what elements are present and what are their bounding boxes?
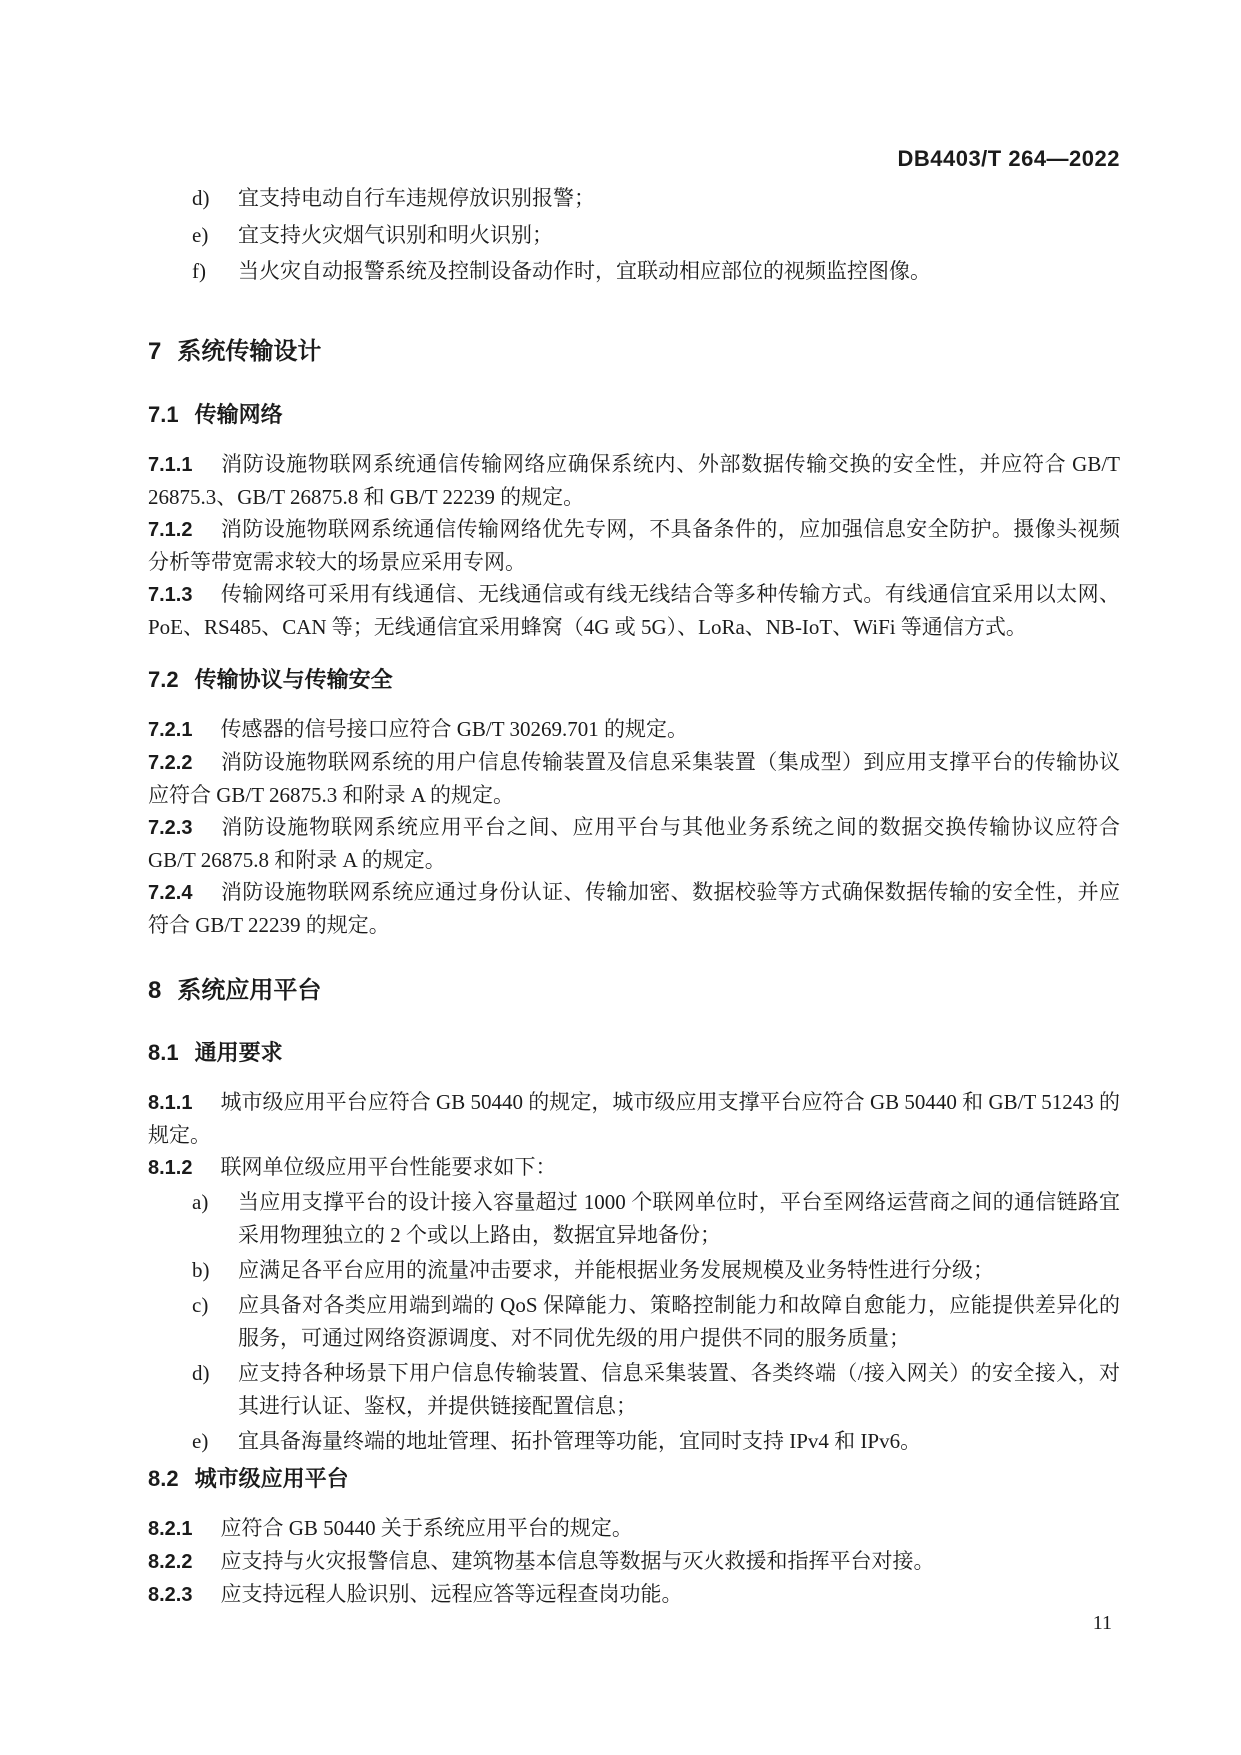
list-item-label: d) <box>192 1357 238 1423</box>
clause-number: 7.1.1 <box>148 454 192 476</box>
clause-text: 传感器的信号接口应符合 GB/T 30269.701 的规定。 <box>220 717 687 741</box>
list-item-label: e) <box>192 1425 238 1458</box>
section-8-2-heading: 8.2城市级应用平台 <box>148 1464 1120 1494</box>
page-footer: 11 <box>1093 1610 1112 1636</box>
list-item: f) 当火灾自动报警系统及控制设备动作时，宜联动相应部位的视频监控图像。 <box>148 253 1120 290</box>
document-page: DB4403/T 264—2022 d) 宜支持电动自行车违规停放识别报警； e… <box>0 0 1241 1755</box>
chapter-8-heading: 8系统应用平台 <box>148 976 1120 1006</box>
list-item-text: 宜支持电动自行车违规停放识别报警； <box>238 180 1120 217</box>
page-number: 11 <box>1093 1612 1112 1634</box>
list-item-text: 应具备对各类应用端到端的 QoS 保障能力、策略控制能力和故障自愈能力，应能提供… <box>238 1289 1120 1355</box>
clause-text: 消防设施物联网系统应通过身份认证、传输加密、数据校验等方式确保数据传输的安全性，… <box>148 880 1120 937</box>
section-number: 8.1 <box>148 1040 179 1065</box>
clause-7-2-2: 7.2.2消防设施物联网系统的用户信息传输装置及信息采集装置（集成型）到应用支撑… <box>148 746 1120 811</box>
clause-7-1-1: 7.1.1消防设施物联网系统通信传输网络应确保系统内、外部数据传输交换的安全性，… <box>148 448 1120 513</box>
list-item-text: 应满足各平台应用的流量冲击要求，并能根据业务发展规模及业务特性进行分级； <box>238 1254 1120 1287</box>
clause-text: 消防设施物联网系统通信传输网络优先专网，不具备条件的，应加强信息安全防护。摄像头… <box>148 517 1120 574</box>
chapter-title-text: 系统传输设计 <box>177 338 321 365</box>
section-title-text: 传输网络 <box>195 402 283 427</box>
list-item-label: c) <box>192 1289 238 1355</box>
list-item-label: a) <box>192 1186 238 1252</box>
clause-8-1-2: 8.1.2联网单位级应用平台性能要求如下： <box>148 1151 1120 1184</box>
section-title-text: 城市级应用平台 <box>195 1466 349 1491</box>
clause-8-1-1: 8.1.1城市级应用平台应符合 GB 50440 的规定，城市级应用支撑平台应符… <box>148 1086 1120 1151</box>
list-item-text: 应支持各种场景下用户信息传输装置、信息采集装置、各类终端（/接入网关）的安全接入… <box>238 1357 1120 1423</box>
list-item: b) 应满足各平台应用的流量冲击要求，并能根据业务发展规模及业务特性进行分级； <box>148 1254 1120 1287</box>
lettered-list-8-1-2: a) 当应用支撑平台的设计接入容量超过 1000 个联网单位时，平台至网络运营商… <box>148 1186 1120 1458</box>
list-item-text: 当火灾自动报警系统及控制设备动作时，宜联动相应部位的视频监控图像。 <box>238 253 1120 290</box>
section-number: 8.2 <box>148 1466 179 1491</box>
clause-number: 8.2.3 <box>148 1584 192 1606</box>
clause-text: 消防设施物联网系统通信传输网络应确保系统内、外部数据传输交换的安全性，并应符合 … <box>148 452 1120 509</box>
section-7-1-heading: 7.1传输网络 <box>148 400 1120 430</box>
list-item-text: 当应用支撑平台的设计接入容量超过 1000 个联网单位时，平台至网络运营商之间的… <box>238 1186 1120 1252</box>
standard-number: DB4403/T 264—2022 <box>897 146 1120 171</box>
clause-number: 8.1.1 <box>148 1092 192 1114</box>
section-number: 7.1 <box>148 402 179 427</box>
section-7-2-heading: 7.2传输协议与传输安全 <box>148 665 1120 695</box>
clause-number: 7.2.1 <box>148 719 192 741</box>
list-item: d) 宜支持电动自行车违规停放识别报警； <box>148 180 1120 217</box>
list-item: a) 当应用支撑平台的设计接入容量超过 1000 个联网单位时，平台至网络运营商… <box>148 1186 1120 1252</box>
page-header: DB4403/T 264—2022 <box>148 0 1120 172</box>
clause-8-2-2: 8.2.2应支持与火灾报警信息、建筑物基本信息等数据与灭火救援和指挥平台对接。 <box>148 1545 1120 1578</box>
list-item: c) 应具备对各类应用端到端的 QoS 保障能力、策略控制能力和故障自愈能力，应… <box>148 1289 1120 1355</box>
clause-text: 传输网络可采用有线通信、无线通信或有线无线结合等多种传输方式。有线通信宜采用以太… <box>148 582 1120 639</box>
clause-number: 7.1.3 <box>148 584 192 606</box>
list-item-label: d) <box>192 180 238 217</box>
chapter-number: 7 <box>148 338 161 365</box>
clause-7-2-1: 7.2.1传感器的信号接口应符合 GB/T 30269.701 的规定。 <box>148 713 1120 746</box>
list-item: e) 宜具备海量终端的地址管理、拓扑管理等功能，宜同时支持 IPv4 和 IPv… <box>148 1425 1120 1458</box>
section-8-1-heading: 8.1通用要求 <box>148 1038 1120 1068</box>
clause-number: 7.1.2 <box>148 519 192 541</box>
clause-text: 联网单位级应用平台性能要求如下： <box>220 1155 556 1179</box>
chapter-number: 8 <box>148 977 161 1004</box>
clause-text: 消防设施物联网系统应用平台之间、应用平台与其他业务系统之间的数据交换传输协议应符… <box>148 815 1120 872</box>
list-item-text: 宜具备海量终端的地址管理、拓扑管理等功能，宜同时支持 IPv4 和 IPv6。 <box>238 1425 1120 1458</box>
list-item: e) 宜支持火灾烟气识别和明火识别； <box>148 217 1120 254</box>
clause-text: 应支持远程人脸识别、远程应答等远程查岗功能。 <box>220 1582 682 1606</box>
clause-number: 7.2.4 <box>148 882 192 904</box>
clause-text: 消防设施物联网系统的用户信息传输装置及信息采集装置（集成型）到应用支撑平台的传输… <box>148 750 1120 807</box>
clause-number: 7.2.3 <box>148 817 192 839</box>
clause-8-2-1: 8.2.1应符合 GB 50440 关于系统应用平台的规定。 <box>148 1512 1120 1545</box>
clause-number: 7.2.2 <box>148 752 192 774</box>
clause-text: 应符合 GB 50440 关于系统应用平台的规定。 <box>220 1516 632 1540</box>
chapter-title-text: 系统应用平台 <box>177 977 321 1004</box>
clause-7-2-3: 7.2.3消防设施物联网系统应用平台之间、应用平台与其他业务系统之间的数据交换传… <box>148 811 1120 876</box>
clause-7-2-4: 7.2.4消防设施物联网系统应通过身份认证、传输加密、数据校验等方式确保数据传输… <box>148 876 1120 941</box>
clause-text: 城市级应用平台应符合 GB 50440 的规定，城市级应用支撑平台应符合 GB … <box>148 1090 1120 1147</box>
clause-8-2-3: 8.2.3应支持远程人脸识别、远程应答等远程查岗功能。 <box>148 1578 1120 1611</box>
list-item-label: b) <box>192 1254 238 1287</box>
clause-number: 8.2.2 <box>148 1551 192 1573</box>
clause-7-1-3: 7.1.3传输网络可采用有线通信、无线通信或有线无线结合等多种传输方式。有线通信… <box>148 578 1120 643</box>
section-title-text: 通用要求 <box>195 1040 283 1065</box>
list-item: d) 应支持各种场景下用户信息传输装置、信息采集装置、各类终端（/接入网关）的安… <box>148 1357 1120 1423</box>
list-item-label: e) <box>192 217 238 254</box>
clause-number: 8.2.1 <box>148 1518 192 1540</box>
section-number: 7.2 <box>148 667 179 692</box>
list-item-label: f) <box>192 253 238 290</box>
chapter-7-heading: 7系统传输设计 <box>148 337 1120 367</box>
section-title-text: 传输协议与传输安全 <box>195 667 393 692</box>
clause-number: 8.1.2 <box>148 1157 192 1179</box>
clause-7-1-2: 7.1.2消防设施物联网系统通信传输网络优先专网，不具备条件的，应加强信息安全防… <box>148 513 1120 578</box>
lettered-list-intro: d) 宜支持电动自行车违规停放识别报警； e) 宜支持火灾烟气识别和明火识别； … <box>148 180 1120 290</box>
list-item-text: 宜支持火灾烟气识别和明火识别； <box>238 217 1120 254</box>
clause-text: 应支持与火灾报警信息、建筑物基本信息等数据与灭火救援和指挥平台对接。 <box>220 1549 934 1573</box>
